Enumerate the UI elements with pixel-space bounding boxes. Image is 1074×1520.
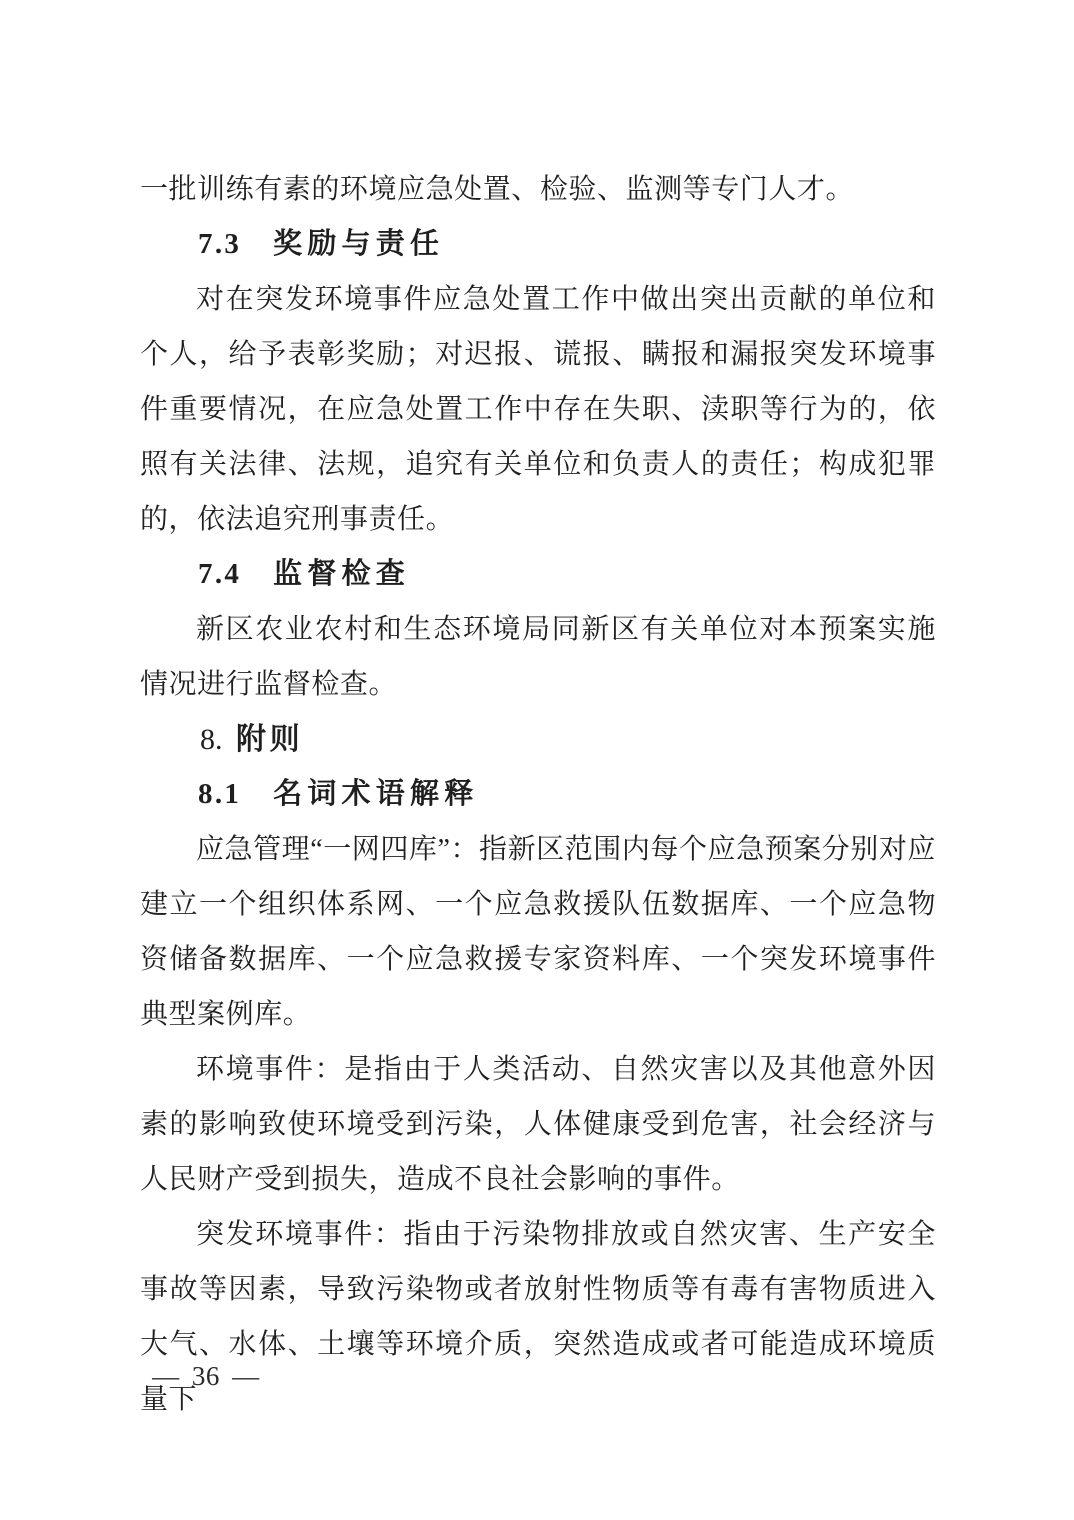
paragraph-continuation: 一批训练有素的环境应急处置、检验、监测等专门人才。	[140, 162, 936, 217]
section-number: 8.1	[198, 778, 241, 810]
footer-dash-right: —	[232, 1361, 260, 1391]
paragraph-rewards-responsibility: 对在突发环境事件应急处置工作中做出突出贡献的单位和个人，给予表彰奖励；对迟报、谎…	[140, 272, 936, 547]
section-heading-8-1: 8.1名词术语解释	[140, 767, 936, 822]
section-title: 监督检查	[273, 558, 410, 590]
section-heading-7-3: 7.3奖励与责任	[140, 217, 936, 272]
paragraph-environmental-event-definition: 环境事件：是指由于人类活动、自然灾害以及其他意外因素的影响致使环境受到污染，人体…	[140, 1042, 936, 1207]
paragraph-one-net-four-databases: 应急管理“一网四库”：指新区范围内每个应急预案分别对应建立一个组织体系网、一个应…	[140, 822, 936, 1042]
footer-dash-left: —	[152, 1361, 180, 1391]
section-title: 名词术语解释	[273, 778, 478, 810]
chapter-number: 8.	[200, 723, 223, 756]
paragraph-supervision: 新区农业农村和生态环境局同新区有关单位对本预案实施情况进行监督检查。	[140, 602, 936, 712]
page-footer: —36—	[140, 1356, 272, 1396]
chapter-heading-8: 8.附则	[140, 712, 936, 767]
section-number: 7.4	[198, 558, 241, 590]
chapter-title: 附则	[236, 723, 303, 756]
document-page: 一批训练有素的环境应急处置、检验、监测等专门人才。 7.3奖励与责任 对在突发环…	[0, 0, 1074, 1520]
section-number: 7.3	[198, 228, 241, 260]
section-heading-7-4: 7.4监督检查	[140, 547, 936, 602]
section-title: 奖励与责任	[273, 228, 444, 260]
page-number: 36	[192, 1361, 220, 1391]
document-body: 一批训练有素的环境应急处置、检验、监测等专门人才。 7.3奖励与责任 对在突发环…	[140, 162, 936, 1427]
